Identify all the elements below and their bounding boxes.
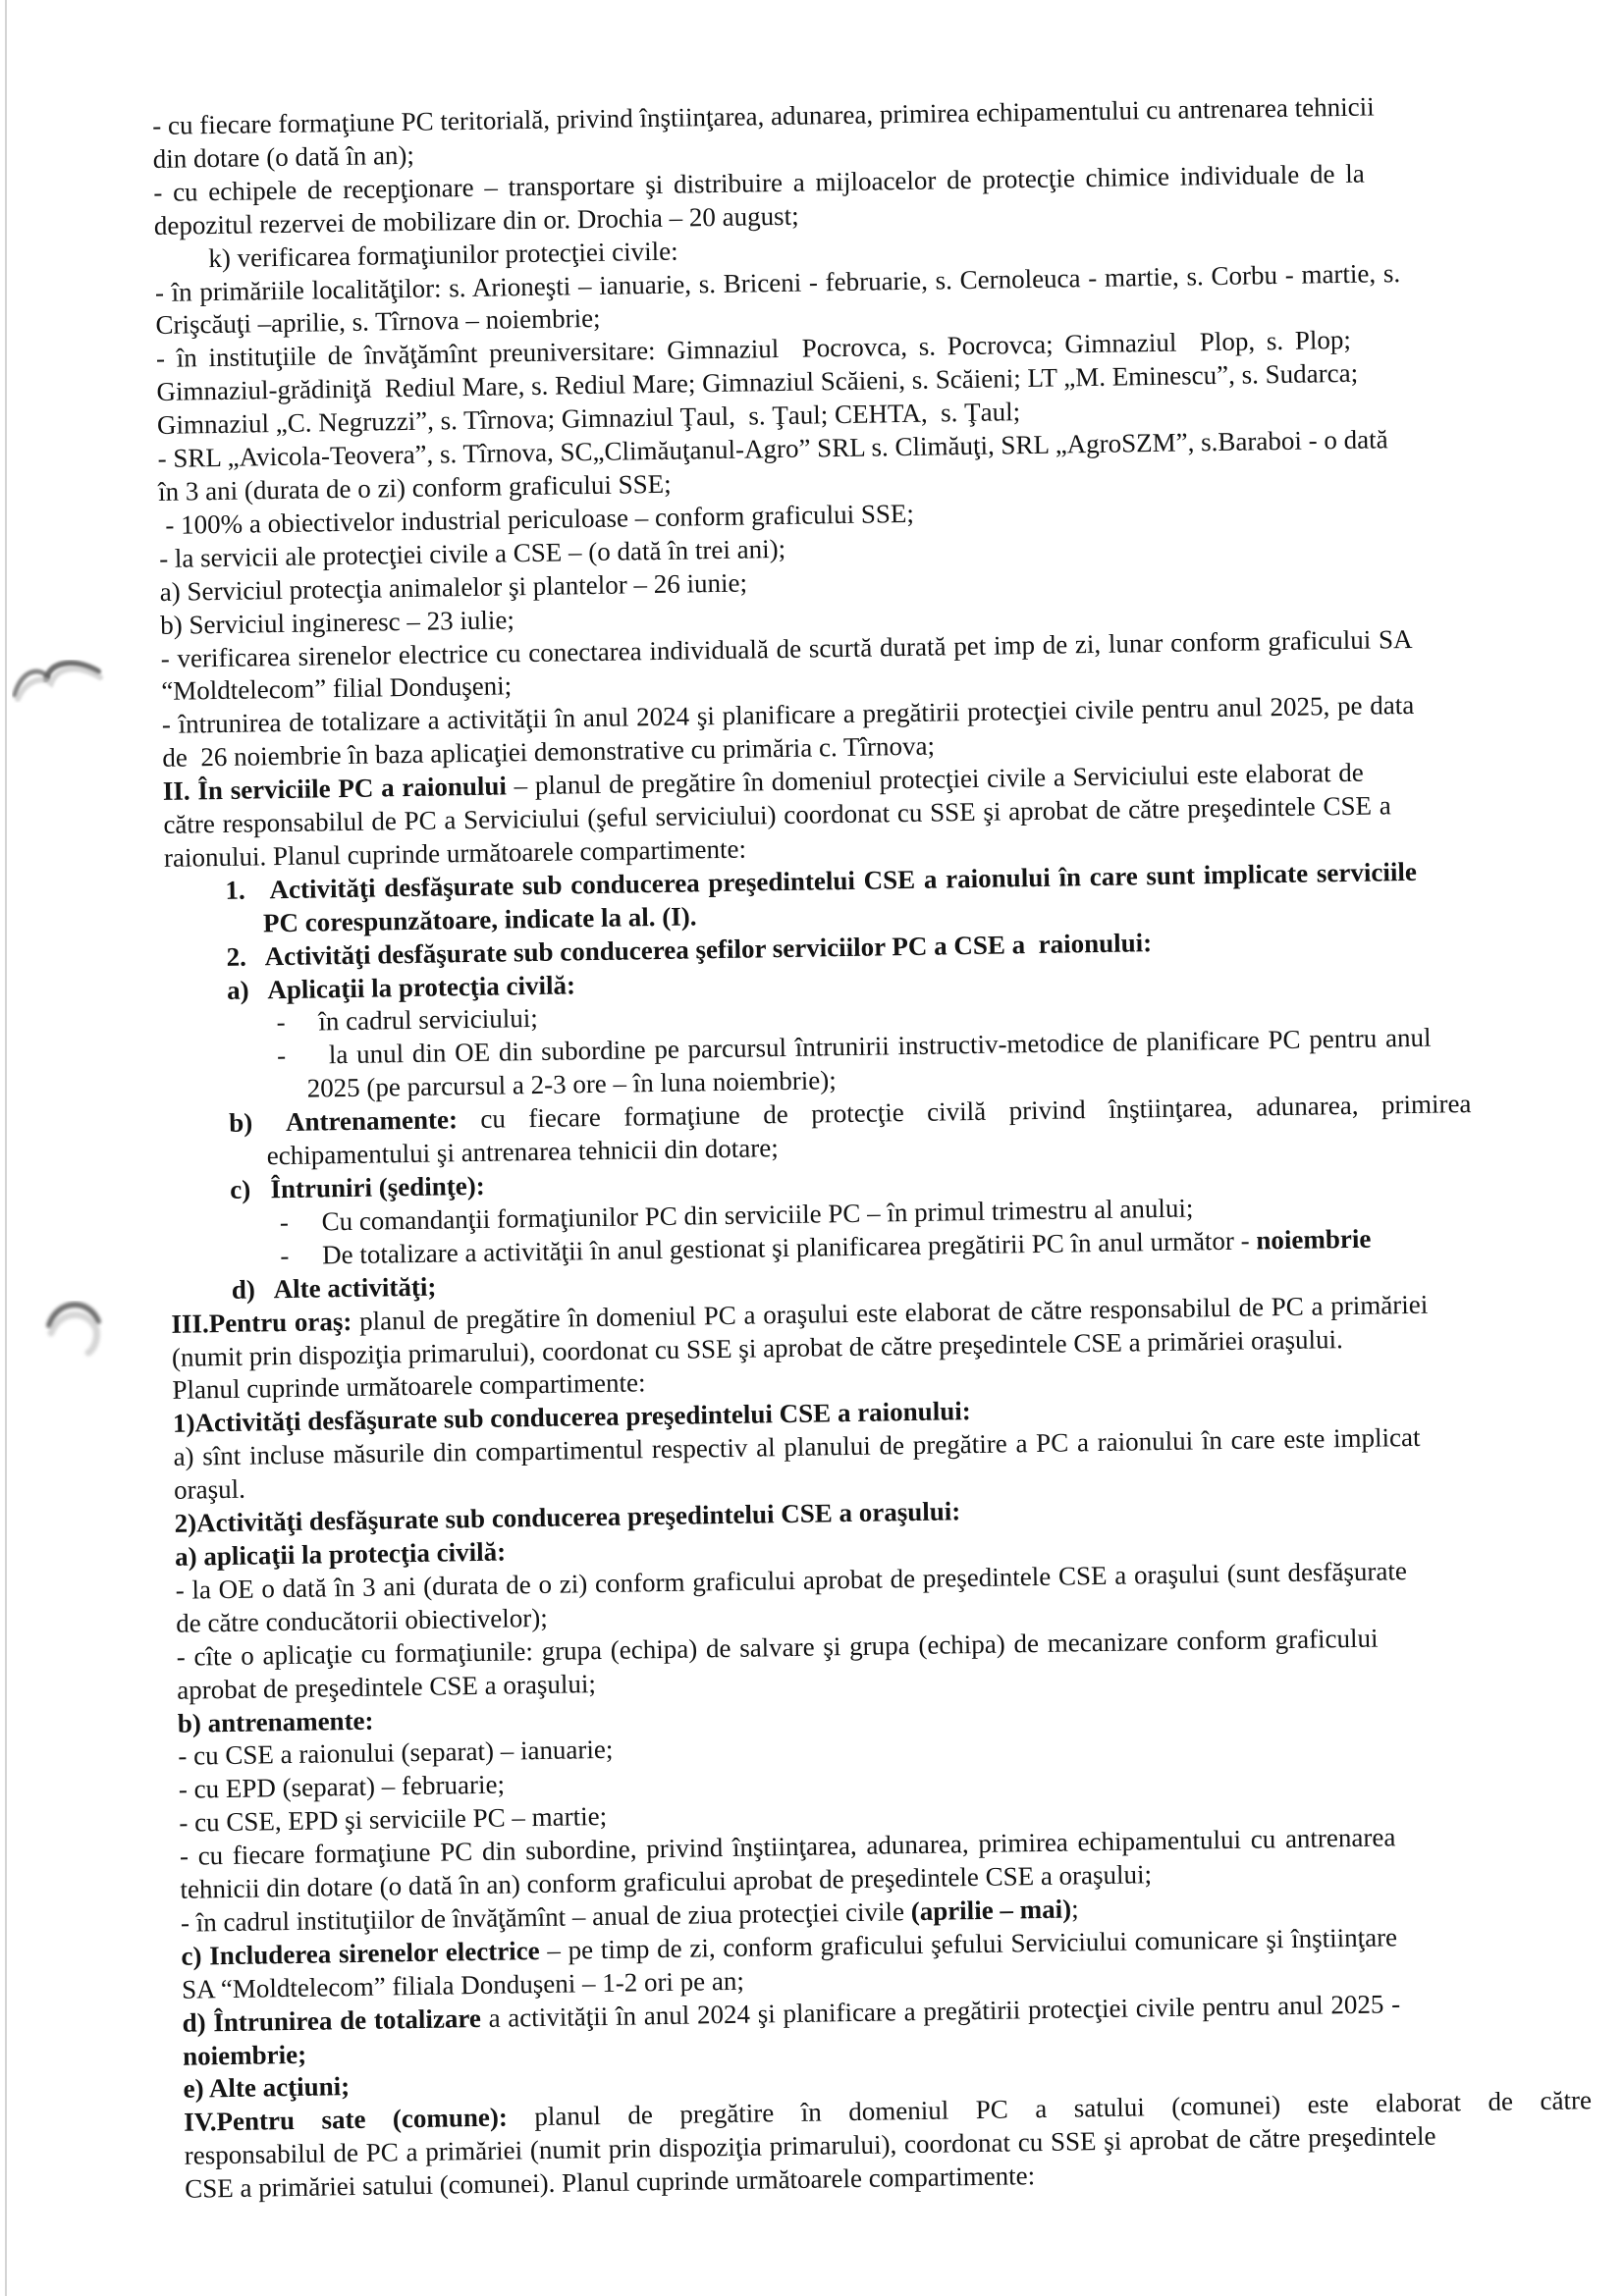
text-segment: b) Serviciul ingineresc – 23 iulie; bbox=[160, 605, 514, 640]
bold-text-segment: c) Întruniri (şedinţe): bbox=[230, 1171, 485, 1204]
text-segment: - cu CSE a raionului (separat) – ianuari… bbox=[178, 1735, 614, 1771]
text-segment: echipamentului şi antrenarea tehnicii di… bbox=[267, 1133, 779, 1170]
bold-text-segment: Întrunirea de totalizare bbox=[213, 2003, 481, 2037]
text-segment: Planul cuprinde următoarele compartiment… bbox=[172, 1368, 645, 1406]
bold-text-segment: IV.Pentru sate (comune): bbox=[184, 2103, 508, 2137]
text-segment: - în cadrul serviciului; bbox=[276, 1003, 538, 1037]
bold-text-segment: Includerea sirenelor electrice bbox=[209, 1936, 540, 1970]
text-segment: 2025 (pe parcursul a 2-3 ore – în luna n… bbox=[306, 1065, 836, 1102]
text-segment: - cu CSE, EPD şi serviciile PC – martie; bbox=[179, 1801, 607, 1838]
bold-text-segment: d) bbox=[182, 2007, 213, 2037]
scan-edge-line bbox=[5, 0, 7, 2296]
text-segment: ; bbox=[1071, 1894, 1079, 1923]
bold-text-segment: b) antrenamente: bbox=[178, 1705, 374, 1737]
text-segment: k) verificarea formaţiunilor protecţiei … bbox=[208, 236, 678, 273]
text-segment: oraşul. bbox=[174, 1474, 245, 1505]
scanned-page: - cu fiecare formaţiune PC teritorială, … bbox=[0, 0, 1624, 2296]
bold-text-segment: d) Alte activităţi; bbox=[232, 1271, 437, 1304]
bold-text-segment: III.Pentru oraş: bbox=[171, 1307, 352, 1339]
document-body: - cu fiecare formaţiune PC teritorială, … bbox=[152, 88, 1544, 2207]
bold-text-segment: noiembrie bbox=[1256, 1223, 1371, 1255]
bold-text-segment: b) Antrenamente: bbox=[229, 1104, 458, 1138]
bold-text-segment: a) aplicaţii la protecţia civilă: bbox=[175, 1536, 506, 1571]
text-segment: din dotare (o dată în an); bbox=[153, 140, 415, 174]
text-segment: Crişcăuţi –aprilie, s. Tîrnova – noiembr… bbox=[155, 303, 601, 340]
text-segment: în 3 ani (durata de o zi) conform grafic… bbox=[158, 469, 672, 507]
bold-text-segment: II. În serviciile PC a raionului bbox=[163, 772, 507, 806]
text-segment: “Moldtelecom” filial Donduşeni; bbox=[161, 671, 512, 707]
text-segment: aprobat de preşedintele CSE a oraşului; bbox=[177, 1669, 596, 1705]
text-segment: de către conducătorii obiectivelor); bbox=[176, 1603, 548, 1638]
bold-text-segment: a) Aplicaţii la protecţia civilă: bbox=[227, 970, 575, 1005]
bold-text-segment: noiembrie; bbox=[183, 2039, 306, 2070]
bold-text-segment: c) bbox=[181, 1941, 209, 1970]
text-segment: - cu EPD (separat) – februarie; bbox=[179, 1770, 506, 1804]
bold-text-segment: PC corespunzătoare, indicate la al. (I). bbox=[263, 901, 697, 937]
bold-text-segment: (aprilie – mai) bbox=[910, 1894, 1071, 1926]
bold-text-segment: e) Alte acţiuni; bbox=[183, 2072, 350, 2105]
